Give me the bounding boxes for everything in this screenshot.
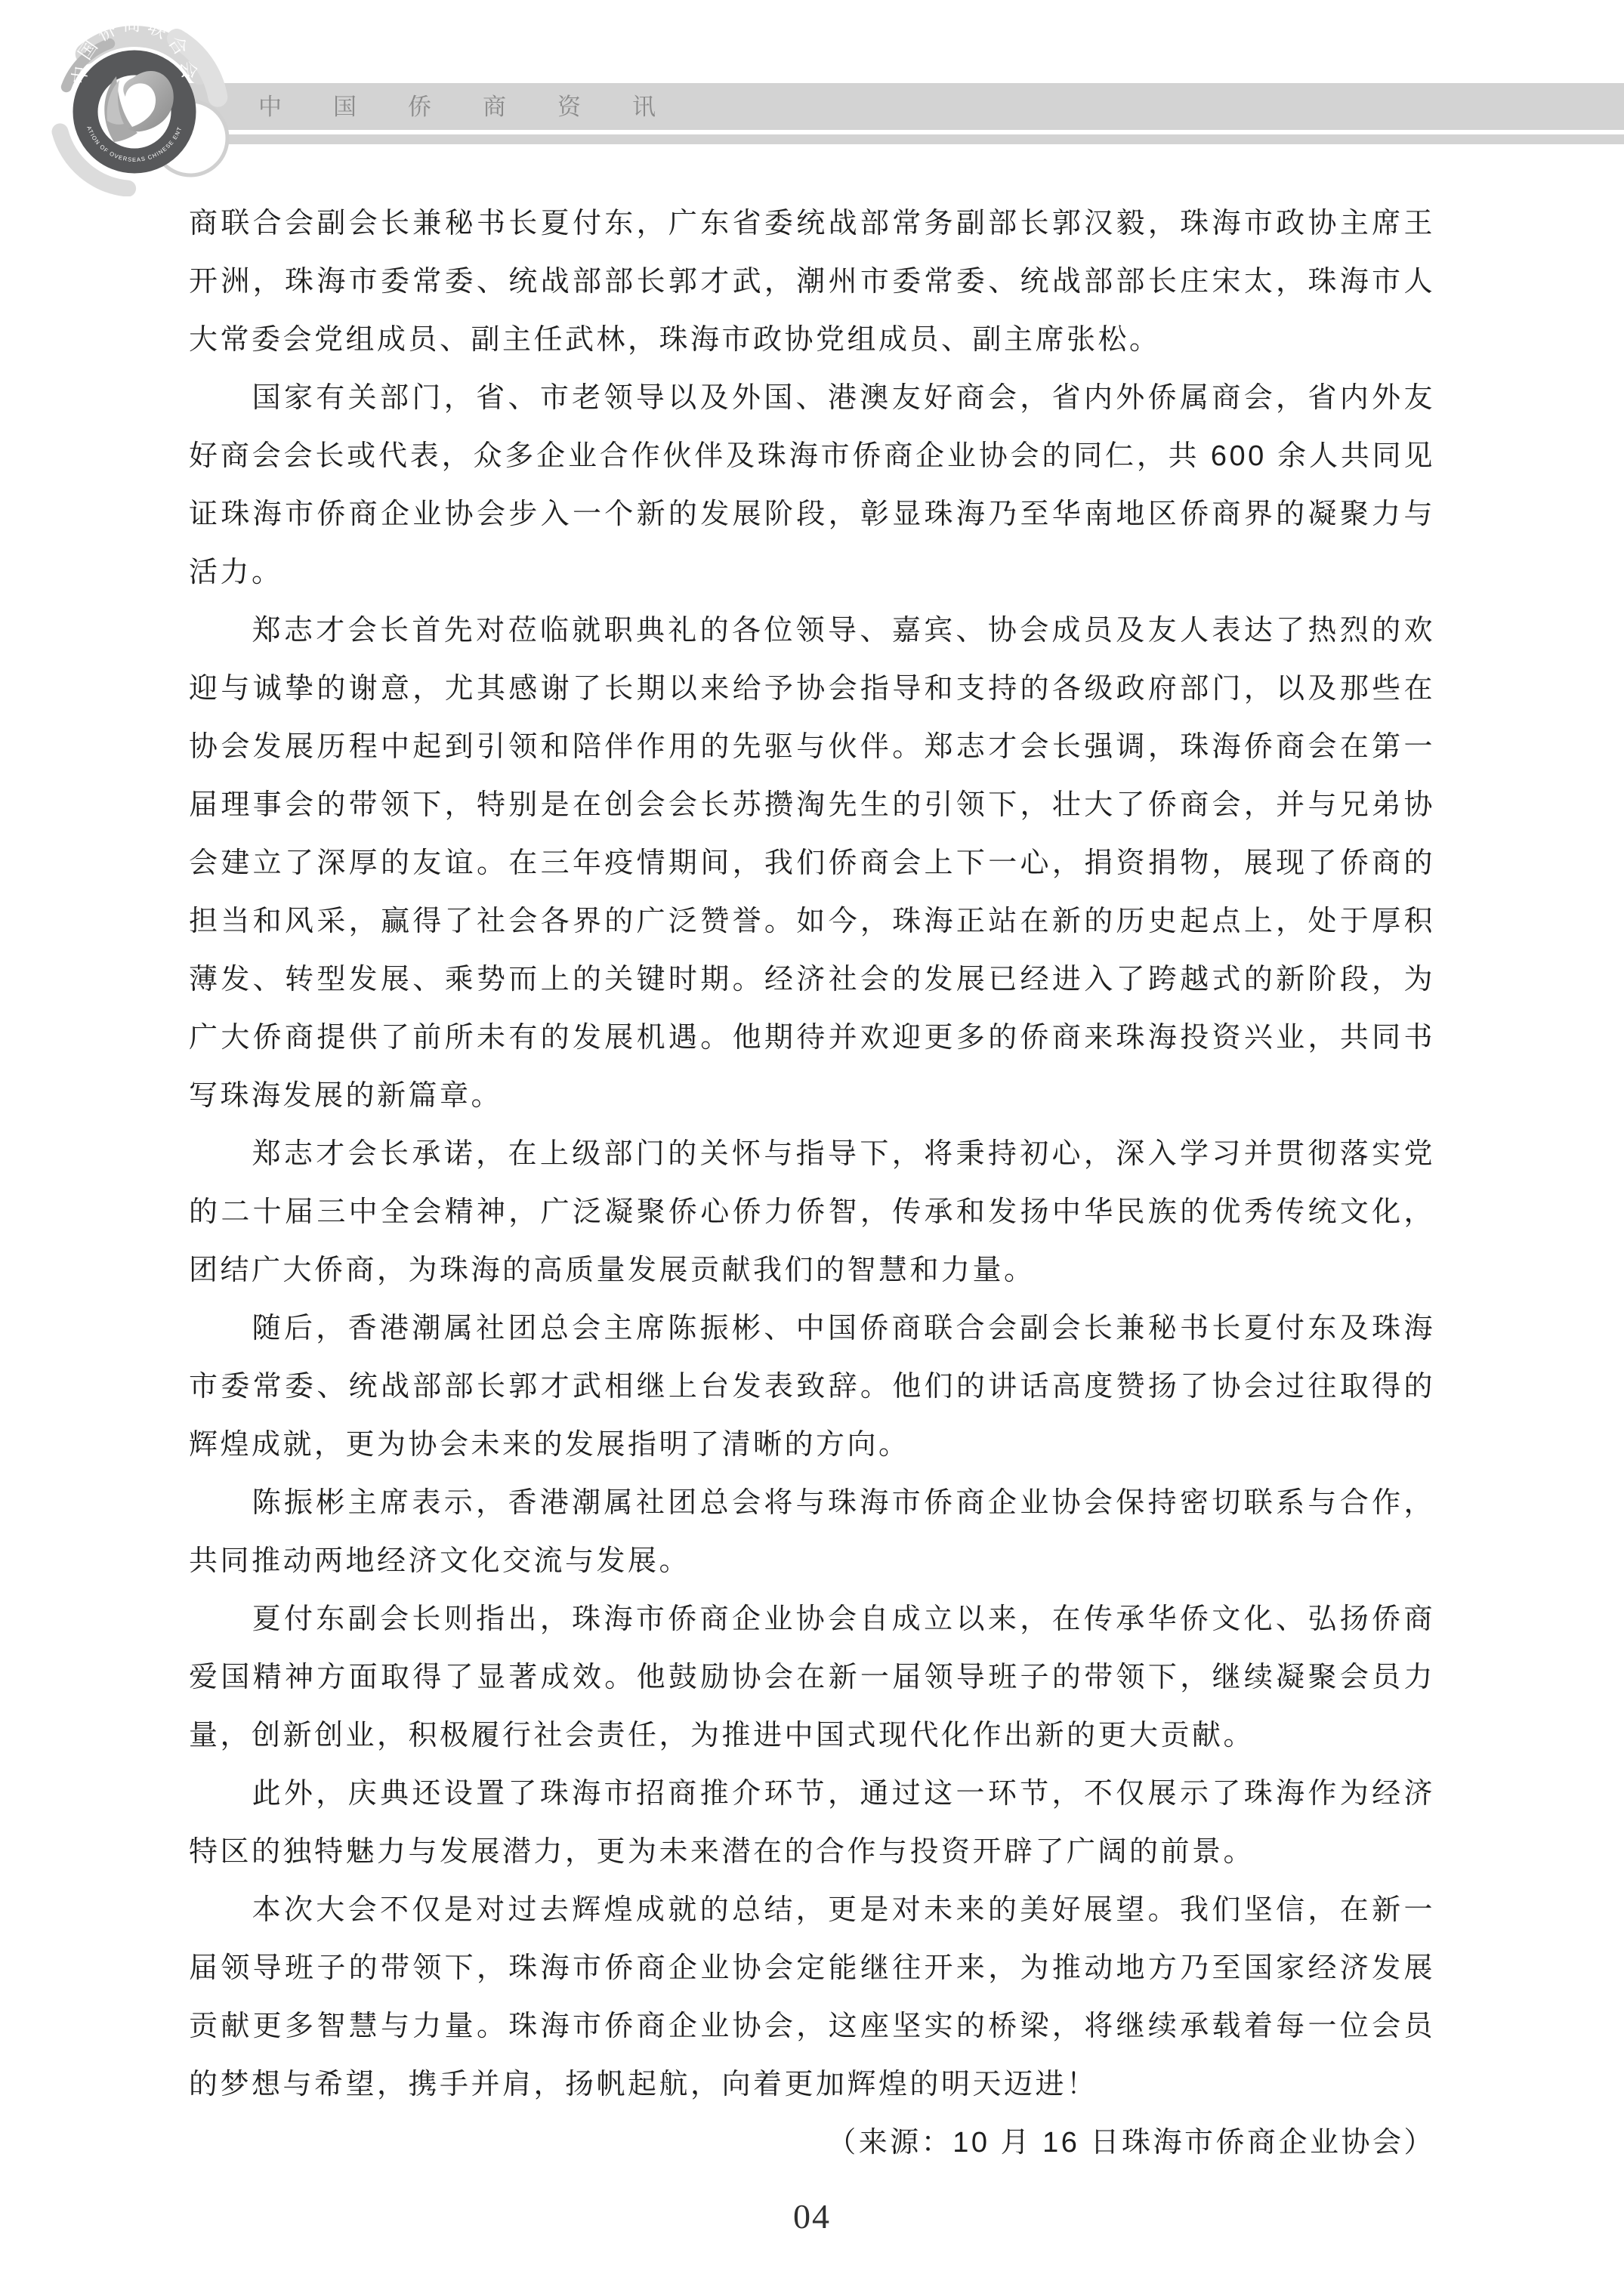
page-number: 04 — [0, 2196, 1624, 2236]
paragraph: 随后，香港潮属社团总会主席陈振彬、中国侨商联合会副会长兼秘书长夏付东及珠海市委常… — [189, 1300, 1435, 1474]
federation-logo: 中国侨商联合会 CHINA FEDERATION OF OVERSEAS CHI… — [23, 0, 257, 196]
paragraph: 郑志才会长首先对莅临就职典礼的各位领导、嘉宾、协会成员及友人表达了热烈的欢迎与诚… — [189, 602, 1435, 1125]
paragraph: 本次大会不仅是对过去辉煌成就的总结，更是对未来的美好展望。我们坚信，在新一届领导… — [189, 1881, 1435, 2114]
paragraph: 此外，庆典还设置了珠海市招商推介环节，通过这一环节，不仅展示了珠海作为经济特区的… — [189, 1765, 1435, 1881]
paragraph: 陈振彬主席表示，香港潮属社团总会将与珠海市侨商企业协会保持密切联系与合作，共同推… — [189, 1474, 1435, 1591]
paragraph: 商联合会副会长兼秘书长夏付东，广东省委统战部常务副部长郭汉毅，珠海市政协主席王开… — [189, 195, 1435, 369]
paragraph: 郑志才会长承诺，在上级部门的关怀与指导下，将秉持初心，深入学习并贯彻落实党的二十… — [189, 1125, 1435, 1300]
page-title: 中国侨商资讯 — [258, 83, 707, 130]
article-body: 商联合会副会长兼秘书长夏付东，广东省委统战部常务副部长郭汉毅，珠海市政协主席王开… — [189, 195, 1435, 2172]
paragraph: 夏付东副会长则指出，珠海市侨商企业协会自成立以来，在传承华侨文化、弘扬侨商爱国精… — [189, 1591, 1435, 1765]
paragraph: 国家有关部门，省、市老领导以及外国、港澳友好商会，省内外侨属商会，省内外友好商会… — [189, 369, 1435, 602]
header-underline-band — [186, 134, 1624, 144]
magazine-page: 中国侨商资讯 中国侨商联合会 CHINA FEDERATION — [0, 0, 1624, 2293]
source-line: （来源：10 月 16 日珠海市侨商企业协会） — [189, 2114, 1435, 2172]
header-band: 中国侨商资讯 — [186, 83, 1624, 130]
